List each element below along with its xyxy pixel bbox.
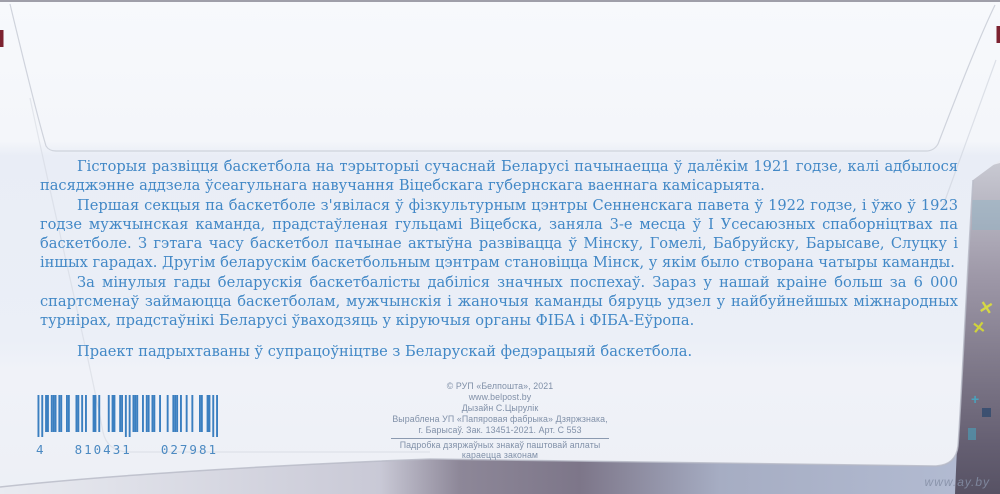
imprint-copyright: © РУП «Белпошта», 2021 xyxy=(0,381,1000,392)
pattern-x-icon: ✕ xyxy=(971,319,987,338)
barcode-bars xyxy=(36,395,218,437)
paragraph-recent-years: За мінулыя гады беларускія баскетбалісты… xyxy=(40,273,958,331)
scan-top-edge xyxy=(0,0,1000,2)
watermark: www.ay.by xyxy=(925,475,990,489)
barcode-digits: 4 810431 027981 xyxy=(36,442,218,457)
ean13-barcode: 4 810431 027981 xyxy=(36,395,222,457)
scanned-envelope-back: ✕ ✕ + Гісторыя развіцця баскетбола на тэ… xyxy=(0,0,1000,494)
paragraph-project-credit: Праект падрыхтаваны ў супрацоўніцтве з Б… xyxy=(40,342,958,361)
divider-line xyxy=(391,438,609,439)
scan-corner-mark xyxy=(0,30,4,47)
history-text-block: Гісторыя развіцця баскетбола на тэрыторы… xyxy=(40,157,958,361)
paragraph-first-section: Першая секцыя па баскетболе з'явілася ў … xyxy=(40,196,958,273)
scan-corner-mark xyxy=(997,26,1000,43)
paragraph-history-intro: Гісторыя развіцця баскетбола на тэрыторы… xyxy=(40,157,958,196)
